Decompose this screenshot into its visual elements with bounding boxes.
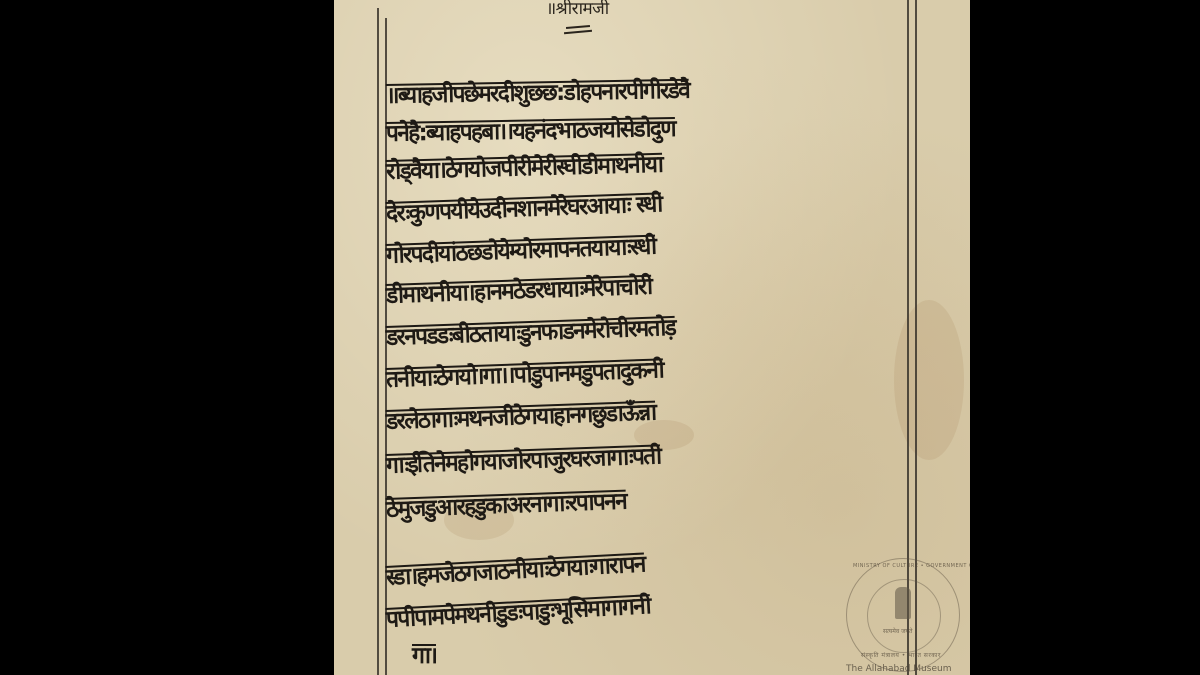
manuscript-line: गाःईतिनेमहोगयाजोरपाजुरघरजागाःपती [385,438,660,480]
heading-underline [564,30,592,34]
national-emblem-icon [895,587,911,619]
manuscript-line: तनीयाःठेगयो।गा।।पोडुपानमडुपतादुकनी [385,352,663,394]
manuscript-line: देरःकुणपयीयेउदीनशानमेरेघरआयाः स्धी [385,186,662,228]
manuscript-line: स्डा।हमजेठगजाठनीयाःठेगयाःगारापन [385,546,645,592]
manuscript-line: रोड्वैया।ठेगयोजपीरीमेरीस्घीडीमाथनीया [386,147,663,186]
manuscript-line: ॥ब्याहजीपछेमरदीशुछछ:डोहपनारपीगीरडेवै [386,73,690,110]
manuscript-line: गा। [412,638,436,670]
museum-caption: The Allahabad Museum [846,664,951,674]
museum-watermark-stamp: MINISTRY OF CULTURE • GOVERNMENT OF INDI… [846,558,960,672]
manuscript-line: डरनपडडःबीठतायाःडुनफाडनमेरोचीरमतोड़ [385,310,675,352]
manuscript-line: डीमाथनीया।हानमठेडरधायाःमेंरेपाचोरी [385,269,651,310]
manuscript-heading: ॥श्रीरामजी [546,0,609,19]
manuscript-line: ठेमुजडुआरहडुकाअरनागाःरपापनन [385,484,626,524]
heading-underline [566,25,590,29]
manuscript-line: पनेहै:ब्याहपहबा।।यहनंदभाठजयोसेडोदुण [386,111,676,148]
stamp-motto: सत्यमेव जयते [883,627,912,635]
paper-stain [894,300,964,460]
manuscript-line: गोरपदीयांठछडोयेम्योरमापनतयायाःस्धी [385,229,656,270]
stamp-arc-text-bottom: संस्कृति मंत्रालय • भारत सरकार [861,651,941,659]
left-border-line-outer [377,8,379,675]
manuscript-page: ॥श्रीरामजी ॥ब्याहजीपछेमरदीशुछछ:डोहपनारपी… [334,0,970,675]
manuscript-line: पपीपामपेमथनीडुडःपाडुःभूसिमागागनी [385,588,650,634]
manuscript-line: डरलेठागाःमथनजीठेगयाहानगछुडाऊँन्ना [385,395,655,436]
stamp-arc-text-top: MINISTRY OF CULTURE • GOVERNMENT OF INDI… [853,563,970,569]
